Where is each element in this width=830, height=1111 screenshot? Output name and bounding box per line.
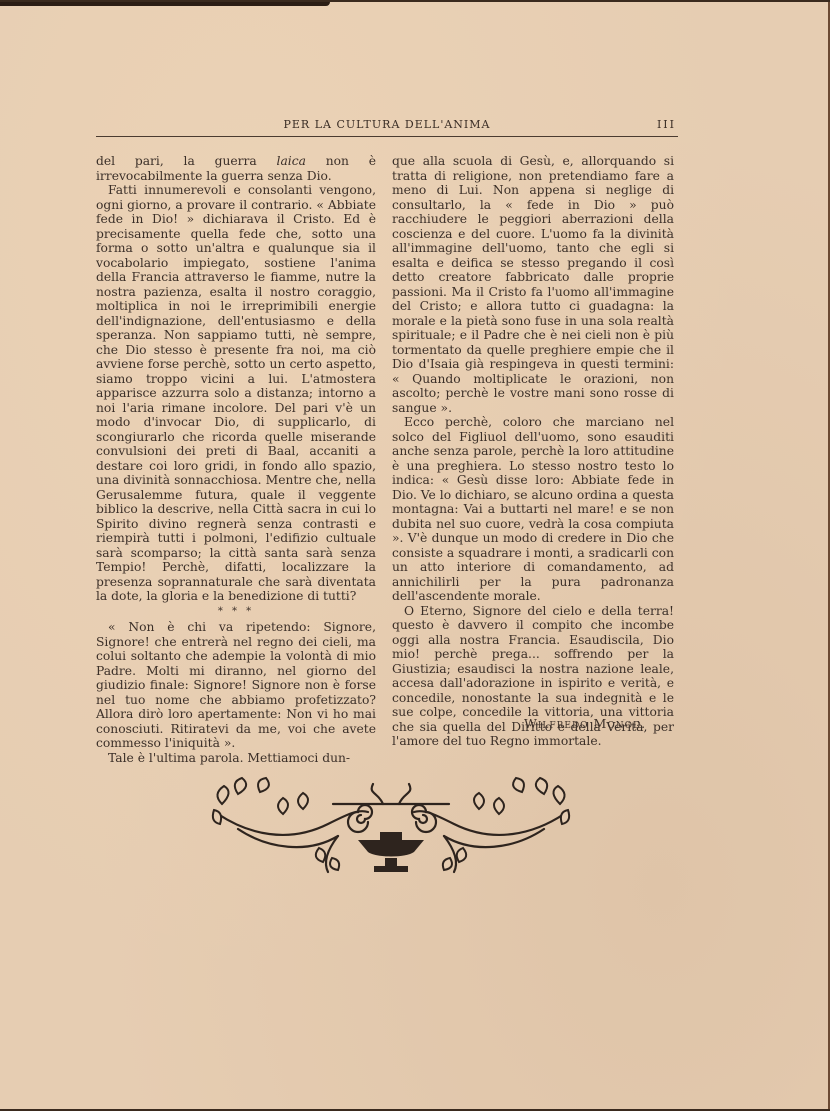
section-separator: * * * [96, 605, 376, 620]
author-signature: Wilfredo Monod. [524, 716, 646, 731]
italic-word: laica [277, 154, 306, 168]
paragraph: Tale è l'ultima parola. Mettiamoci dun- [96, 751, 376, 766]
paragraph: Ecco perchè, coloro che marciano nel sol… [392, 415, 674, 604]
paragraph: del pari, la guerra laica non è irrevoca… [96, 154, 376, 183]
paragraph-quote: « Non è chi va ripetendo: Signore, Signo… [96, 620, 376, 751]
paragraph: Fatti innumerevoli e consolanti vengono,… [96, 183, 376, 604]
paragraph: que alla scuola di Gesù, e, allorquando … [392, 154, 674, 415]
page-edge-shadow [0, 2, 330, 6]
book-page: PER LA CULTURA DELL'ANIMA III del pari, … [0, 2, 830, 1109]
text-span: del pari, la guerra [96, 154, 277, 168]
right-column: que alla scuola di Gesù, e, allorquando … [392, 154, 674, 749]
page-number: III [657, 118, 676, 131]
left-column: del pari, la guerra laica non è irrevoca… [96, 154, 376, 765]
urn-vine-ornament-icon [208, 774, 574, 878]
running-header: PER LA CULTURA DELL'ANIMA III [96, 114, 678, 137]
running-title: PER LA CULTURA DELL'ANIMA [96, 118, 678, 131]
